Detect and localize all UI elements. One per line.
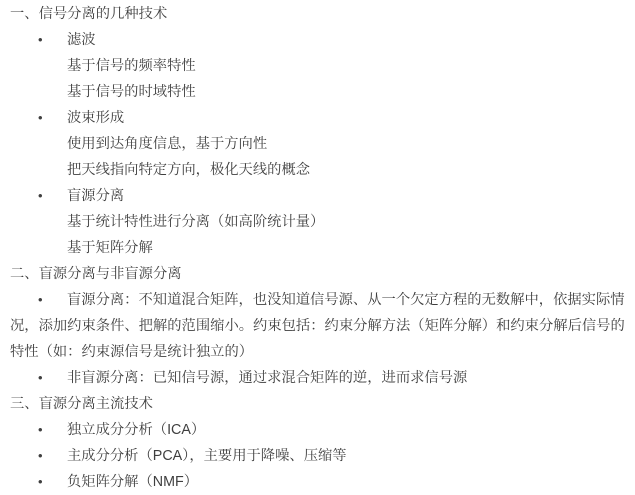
bullet-icon: •	[38, 183, 43, 209]
detail-line: 基于统计特性进行分离（如高阶统计量）	[10, 209, 625, 235]
bullet-icon: •	[38, 287, 43, 313]
section-title: 信号分离的几种技术	[39, 6, 168, 22]
bullet-icon: •	[38, 443, 43, 469]
section-number: 一、	[10, 1, 39, 27]
section-heading-1: 一、信号分离的几种技术	[10, 1, 625, 27]
section-title: 盲源分离主流技术	[39, 396, 153, 412]
bullet-item-label: 非盲源分离：已知信号源，通过求混合矩阵的逆，进而求信号源	[67, 370, 467, 386]
bullet-item: • 波束形成	[10, 105, 625, 131]
bullet-item: • 盲源分离	[10, 183, 625, 209]
bullet-item: • 负矩阵分解（NMF）	[10, 469, 625, 495]
bullet-paragraph: •盲源分离：不知道混合矩阵，也没知道信号源、从一个欠定方程的无数解中，依据实际情…	[10, 287, 625, 365]
note-page: 一、信号分离的几种技术 • 滤波 基于信号的频率特性 基于信号的时域特性 • 波…	[0, 0, 625, 495]
section-title: 盲源分离与非盲源分离	[39, 266, 182, 282]
bullet-item: • 滤波	[10, 27, 625, 53]
detail-line: 基于矩阵分解	[10, 235, 625, 261]
bullet-item-label: 主成分分析（PCA），主要用于降噪、压缩等	[67, 448, 347, 464]
bullet-icon: •	[38, 27, 43, 53]
detail-line: 基于信号的时域特性	[10, 79, 625, 105]
bullet-item-label: 负矩阵分解（NMF）	[67, 474, 198, 490]
bullet-icon: •	[38, 105, 43, 131]
section-number: 二、	[10, 261, 39, 287]
bullet-icon: •	[38, 469, 43, 495]
bullet-item-label: 盲源分离：不知道混合矩阵，也没知道信号源、从一个欠定方程的无数解中，依据实际情况…	[10, 292, 625, 360]
section-heading-3: 三、盲源分离主流技术	[10, 391, 625, 417]
detail-line: 把天线指向特定方向，极化天线的概念	[10, 157, 625, 183]
bullet-item-label: 波束形成	[67, 110, 124, 126]
bullet-item: • 主成分分析（PCA），主要用于降噪、压缩等	[10, 443, 625, 469]
bullet-item-label: 滤波	[67, 32, 96, 48]
bullet-item-label: 独立成分分析（ICA）	[67, 422, 205, 438]
bullet-icon: •	[38, 417, 43, 443]
section-heading-2: 二、盲源分离与非盲源分离	[10, 261, 625, 287]
bullet-item-label: 盲源分离	[67, 188, 124, 204]
section-number: 三、	[10, 391, 39, 417]
detail-line: 基于信号的频率特性	[10, 53, 625, 79]
bullet-item: • 独立成分分析（ICA）	[10, 417, 625, 443]
bullet-icon: •	[38, 365, 43, 391]
bullet-item: • 非盲源分离：已知信号源，通过求混合矩阵的逆，进而求信号源	[10, 365, 625, 391]
detail-line: 使用到达角度信息，基于方向性	[10, 131, 625, 157]
